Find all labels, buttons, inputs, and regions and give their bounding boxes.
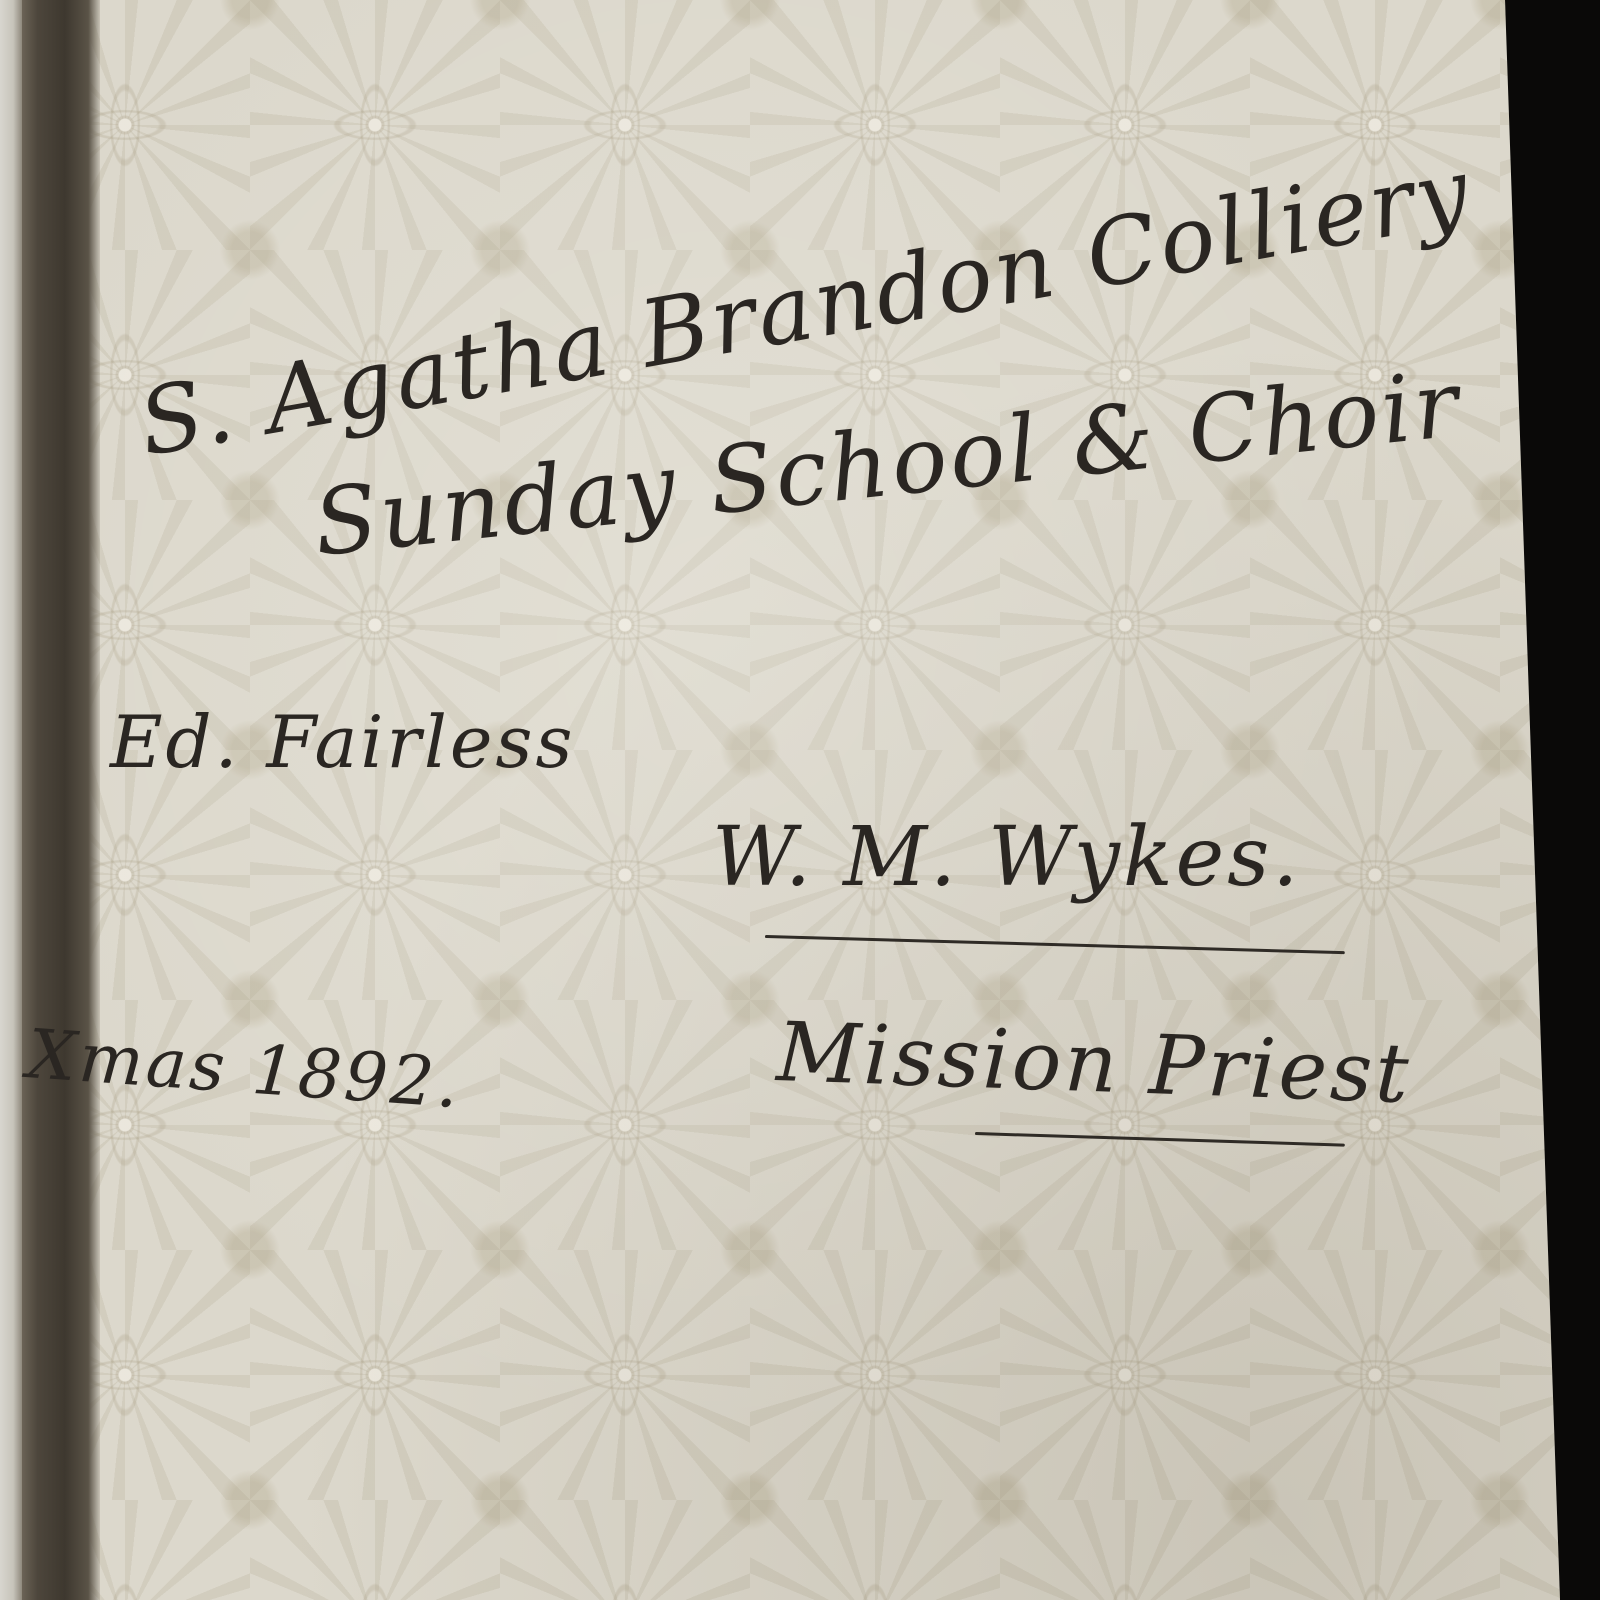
signature-underline (765, 935, 1345, 954)
inscription-signature: W. M. Wykes. (712, 810, 1301, 905)
inscription-title: Mission Priest (775, 1005, 1413, 1122)
book-spine-gutter (22, 0, 100, 1600)
title-underline (975, 1132, 1345, 1147)
endpaper-page: S. Agatha Brandon Colliery Sunday School… (0, 0, 1600, 1600)
page-edge (0, 0, 22, 1600)
inscription-recipient: Ed. Fairless (110, 700, 575, 784)
